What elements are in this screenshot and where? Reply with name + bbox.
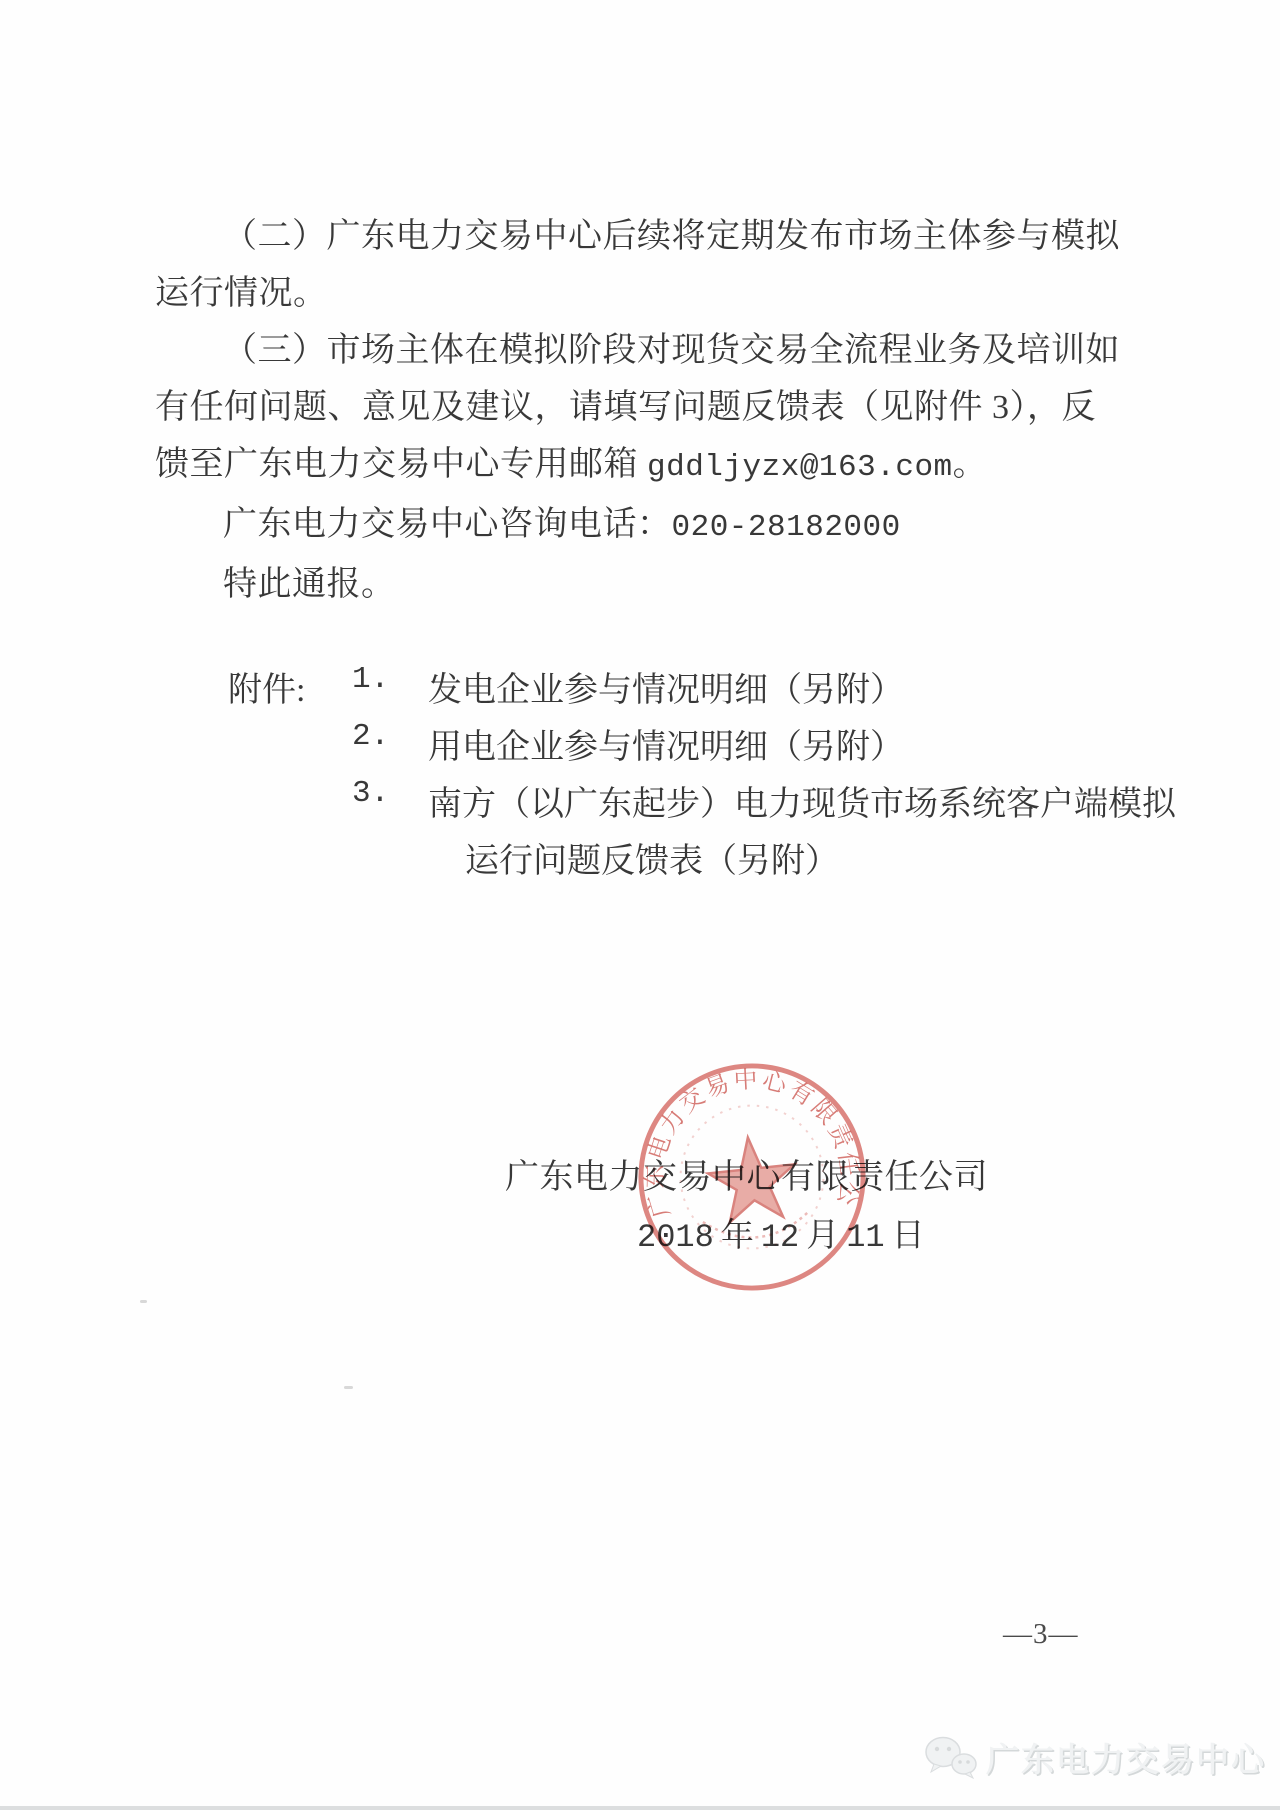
scan-speck (344, 1386, 353, 1389)
attachment-text: 南方（以广东起步）电力现货市场系统客户端模拟 (428, 776, 1176, 825)
date-day-char: 日 (892, 1218, 925, 1254)
page-number: —3— (1003, 1618, 1079, 1651)
attachment-list: 附件: 1. 发电企业参与情况明细（另附） 2. 用电企业参与情况明细（另附） … (0, 662, 1280, 902)
phone-number: 020-28182000 (672, 510, 901, 545)
attachment-label: 附件: (228, 662, 305, 711)
email-address: gddljyzx@163.com (647, 450, 953, 485)
footer-watermark-text: 广东电力交易中心 (986, 1734, 1266, 1781)
paragraph-line: 运行情况。 (155, 265, 1111, 322)
paragraph-line: 有任何问题、意见及建议，请填写问题反馈表（见附件 3），反 (155, 379, 1111, 436)
attachment-text: 发电企业参与情况明细（另附） (428, 662, 904, 711)
paragraph-line: 特此通报。 (155, 556, 1111, 613)
attachment-number: 1. (352, 662, 389, 697)
seal-bottom-microtext (703, 1211, 812, 1243)
paragraph-line: 广东电力交易中心咨询电话：020-28182000 (155, 496, 1111, 556)
paragraph-line: （三）市场主体在模拟阶段对现货交易全流程业务及培训如 (155, 322, 1111, 379)
document-page: （二）广东电力交易中心后续将定期发布市场主体参与模拟 运行情况。 （三）市场主体… (0, 0, 1280, 1810)
scan-bottom-edge (0, 1806, 1280, 1810)
seal-star-icon (705, 1133, 800, 1224)
attachment-number: 2. (352, 719, 389, 754)
attachment-text: 用电企业参与情况明细（另附） (428, 719, 904, 768)
footer-watermark: 广东电力交易中心 (922, 1734, 1266, 1781)
wechat-icon (922, 1735, 978, 1781)
phone-line-prefix: 广东电力交易中心咨询电话： (223, 506, 672, 543)
body-text: （二）广东电力交易中心后续将定期发布市场主体参与模拟 运行情况。 （三）市场主体… (155, 208, 1111, 613)
paragraph-line: （二）广东电力交易中心后续将定期发布市场主体参与模拟 (155, 208, 1111, 265)
official-seal: 广东电力交易中心有限责任公司 (621, 1046, 883, 1308)
email-line-prefix: 馈至广东电力交易中心专用邮箱 (155, 446, 647, 483)
email-line-suffix: 。 (953, 446, 988, 483)
scan-speck (140, 1300, 147, 1303)
attachment-number: 3. (352, 776, 389, 811)
paragraph-line: 馈至广东电力交易中心专用邮箱 gddljyzx@163.com。 (155, 436, 1111, 496)
attachment-text-continuation: 运行问题反馈表（另附） (465, 833, 839, 882)
